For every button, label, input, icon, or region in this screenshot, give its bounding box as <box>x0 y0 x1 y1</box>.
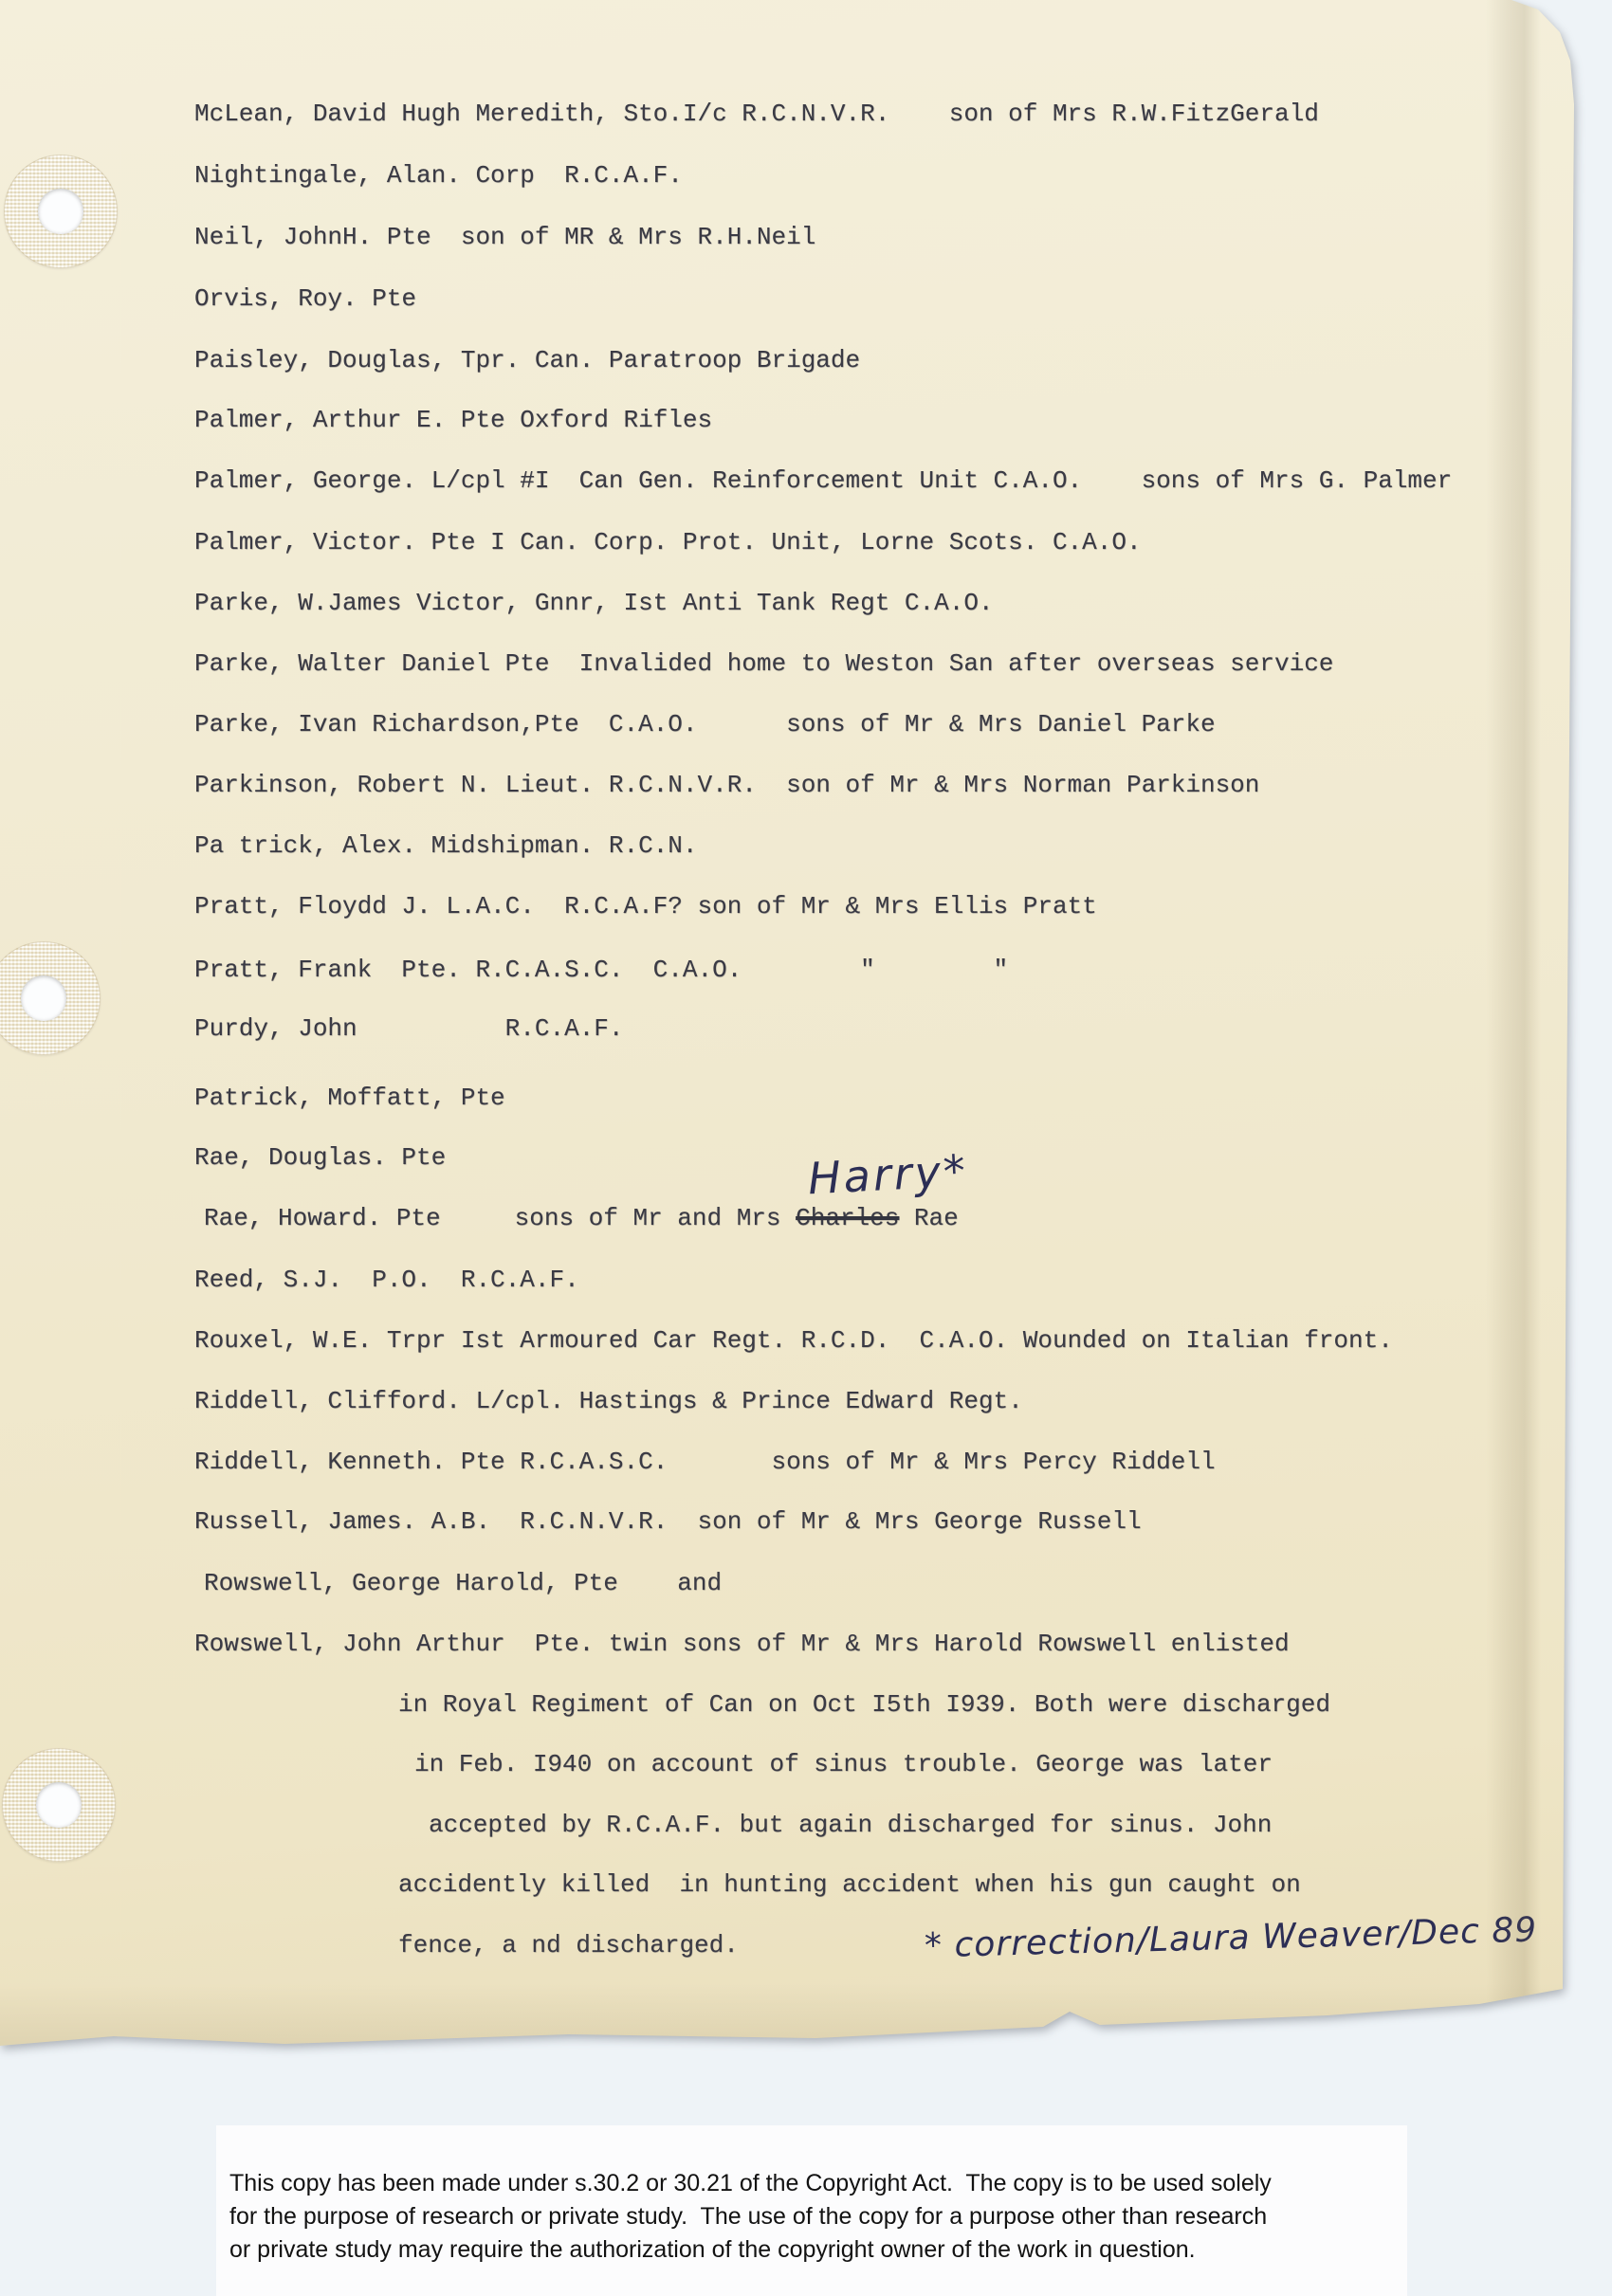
punch-hole <box>38 189 83 234</box>
entry-line: Neil, JohnH. Pte son of MR & Mrs R.H.Nei… <box>194 223 815 251</box>
entry-line: Rae, Douglas. Pte <box>194 1143 446 1172</box>
paper-shadow-wrapper: McLean, David Hugh Meredith, Sto.I/c R.C… <box>0 0 1612 2296</box>
handwritten-name-correction: Harry* <box>807 1145 969 1205</box>
rae-line-pre: Rae, Howard. Pte sons of Mr and Mrs <box>204 1204 796 1232</box>
punch-hole <box>21 975 66 1021</box>
entry-line: Parkinson, Robert N. Lieut. R.C.N.V.R. s… <box>194 771 1259 799</box>
copyright-line: This copy has been made under s.30.2 or … <box>229 2167 1394 2200</box>
paper-sheet: McLean, David Hugh Meredith, Sto.I/c R.C… <box>0 0 1574 2050</box>
entry-line: Rouxel, W.E. Trpr Ist Armoured Car Regt.… <box>194 1326 1393 1355</box>
entry-line: Palmer, George. L/cpl #I Can Gen. Reinfo… <box>194 466 1452 495</box>
entry-line: Palmer, Arthur E. Pte Oxford Rifles <box>194 406 712 434</box>
entry-continuation-line: accidently killed in hunting accident wh… <box>398 1870 1301 1899</box>
scanned-document-page: { "doc": { "lines_a": [ "McLean, David H… <box>0 0 1612 2296</box>
entry-continuation-line: accepted by R.C.A.F. but again discharge… <box>429 1811 1272 1839</box>
entry-line: Pratt, Floydd J. L.A.C. R.C.A.F? son of … <box>194 892 1097 920</box>
entry-line: Paisley, Douglas, Tpr. Can. Paratroop Br… <box>194 346 860 374</box>
copyright-line: or private study may require the authori… <box>229 2233 1394 2267</box>
entry-line: Parke, Walter Daniel Pte Invalided home … <box>194 649 1333 678</box>
entry-line: Pratt, Frank Pte. R.C.A.S.C. C.A.O. " " <box>194 956 1008 984</box>
entry-line: Purdy, John R.C.A.F. <box>194 1014 623 1043</box>
entry-line: Orvis, Roy. Pte <box>194 284 416 313</box>
struck-out-name: Charles <box>796 1204 899 1232</box>
entry-line: Palmer, Victor. Pte I Can. Corp. Prot. U… <box>194 528 1142 556</box>
punch-hole-reinforcement-middle <box>0 941 101 1055</box>
entry-continuation-line: in Royal Regiment of Can on Oct I5th I93… <box>398 1690 1330 1719</box>
entry-line: Parke, Ivan Richardson,Pte C.A.O. sons o… <box>194 710 1216 738</box>
entry-line: Russell, James. A.B. R.C.N.V.R. son of M… <box>194 1507 1142 1536</box>
entry-line: Rowswell, John Arthur Pte. twin sons of … <box>194 1630 1290 1658</box>
entry-line: McLean, David Hugh Meredith, Sto.I/c R.C… <box>194 100 1319 128</box>
punch-hole-reinforcement-top <box>4 155 118 268</box>
entry-line: Nightingale, Alan. Corp R.C.A.F. <box>194 161 683 190</box>
entry-line: Reed, S.J. P.O. R.C.A.F. <box>194 1266 579 1294</box>
entry-line-rae-howard: Rae, Howard. Pte sons of Mr and Mrs Char… <box>204 1204 959 1232</box>
entry-line: Riddell, Kenneth. Pte R.C.A.S.C. sons of… <box>194 1448 1216 1476</box>
copyright-notice: This copy has been made under s.30.2 or … <box>216 2125 1407 2296</box>
handwritten-correction-credit: * correction/Laura Weaver/Dec 89 <box>925 1911 1538 1966</box>
copyright-line: for the purpose of research or private s… <box>229 2200 1394 2233</box>
punch-hole <box>36 1782 82 1828</box>
entry-line: Patrick, Moffatt, Pte <box>194 1084 505 1112</box>
entry-line: Riddell, Clifford. L/cpl. Hastings & Pri… <box>194 1387 1023 1415</box>
entry-line: Pa trick, Alex. Midshipman. R.C.N. <box>194 831 698 860</box>
rae-line-post: Rae <box>899 1204 958 1232</box>
punch-hole-reinforcement-bottom <box>2 1748 116 1862</box>
entry-line: Parke, W.James Victor, Gnnr, Ist Anti Ta… <box>194 589 994 617</box>
entry-continuation-line: in Feb. I940 on account of sinus trouble… <box>414 1750 1273 1778</box>
entry-continuation-line: fence, a nd discharged. <box>398 1931 739 1959</box>
entry-line: Rowswell, George Harold, Pte and <box>204 1569 722 1597</box>
